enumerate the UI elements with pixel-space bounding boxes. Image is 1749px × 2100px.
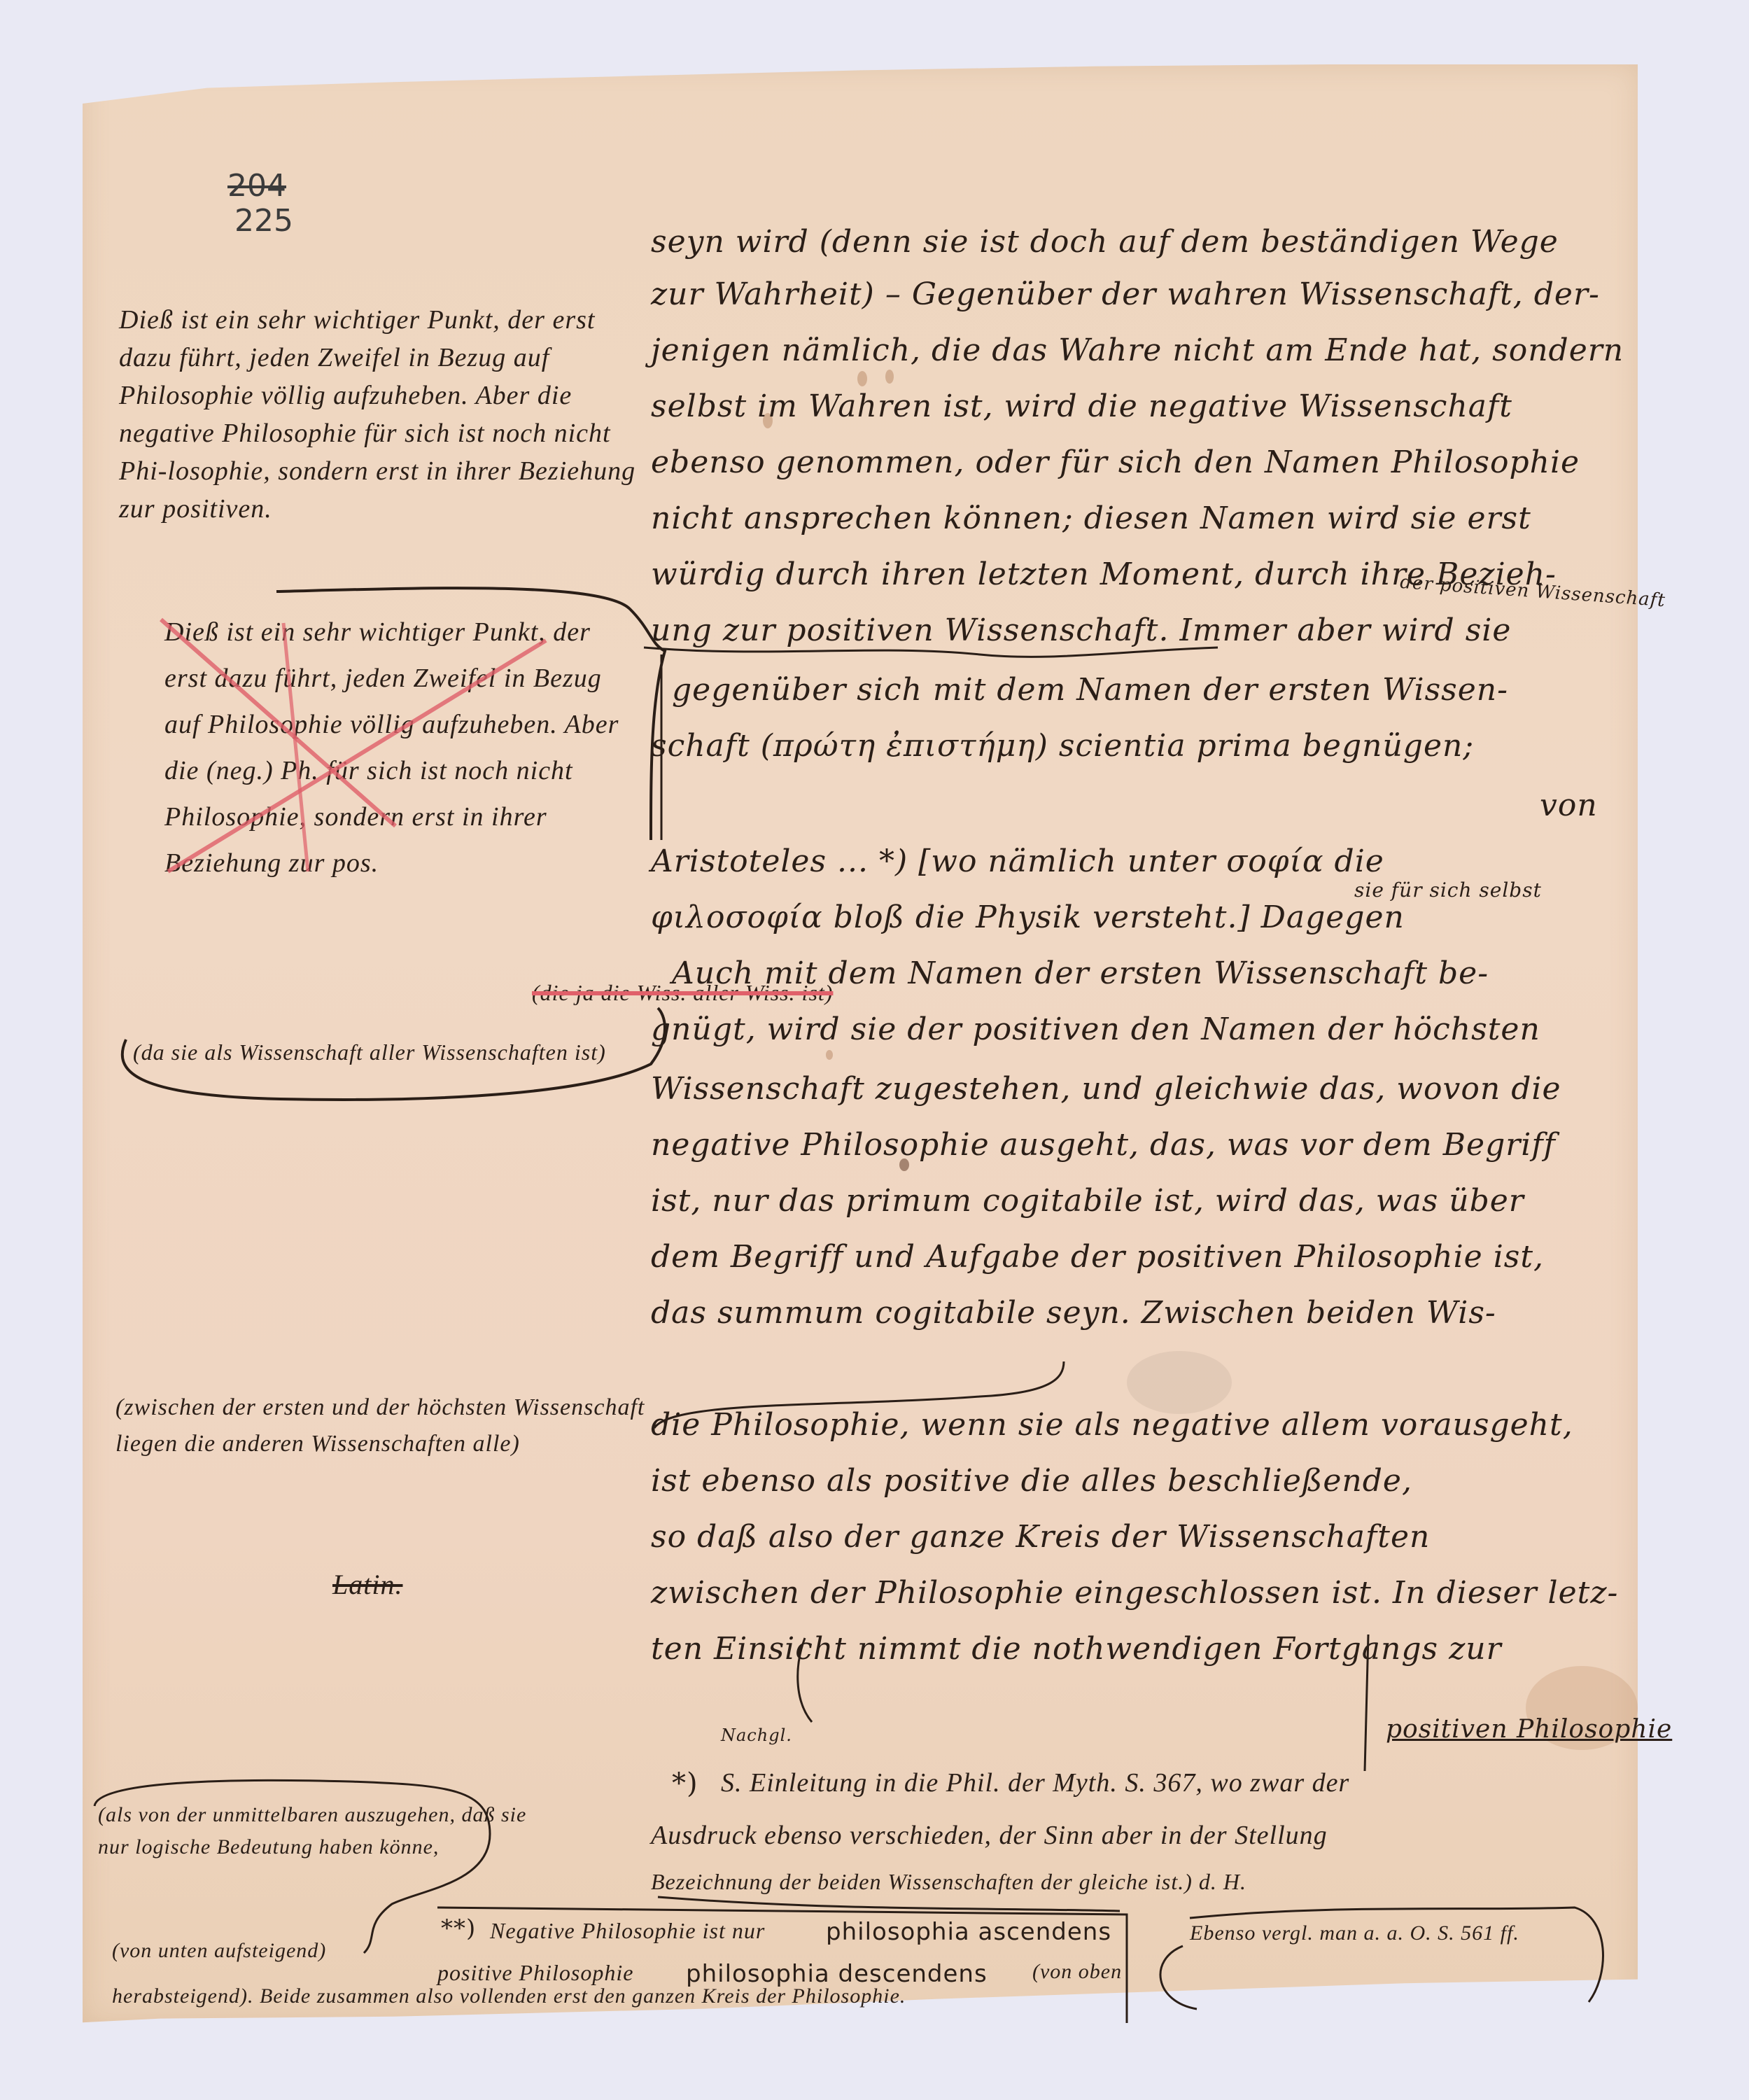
footnote-2-prefix-1: Negative Philosophie ist nur bbox=[490, 1918, 765, 1944]
main-line-25: ten Einsicht nimmt die nothwendigen Fort… bbox=[651, 1631, 1502, 1667]
stain bbox=[885, 370, 894, 384]
margin-note-logische: (als von der unmittelbaren auszugehen, d… bbox=[98, 1799, 532, 1863]
footnote-1-line-2: Ausdruck ebenso verschieden, der Sinn ab… bbox=[651, 1820, 1328, 1851]
main-line-3: jenigen nämlich, die das Wahre nicht am … bbox=[651, 332, 1624, 368]
main-line-8: ung zur positiven Wissenschaft. Immer ab… bbox=[651, 612, 1511, 648]
margin-note-latin: Latin. bbox=[332, 1568, 402, 1601]
main-line-19: dem Begriff und Aufgabe der positiven Ph… bbox=[651, 1239, 1544, 1275]
main-line-24: zwischen der Philosophie eingeschlossen … bbox=[651, 1575, 1618, 1611]
main-line-1: seyn wird (denn sie ist doch auf dem bes… bbox=[651, 224, 1559, 260]
main-line-11: von bbox=[1540, 787, 1598, 823]
main-line-21: die Philosophie, wenn sie als negative a… bbox=[651, 1407, 1573, 1443]
main-line-16: Wissenschaft zugestehen, und gleichwie d… bbox=[651, 1071, 1561, 1107]
margin-note-aufsteigend: (von unten aufsteigend) bbox=[112, 1939, 326, 1963]
main-line-15: gnügt, wird sie der positiven den Namen … bbox=[651, 1011, 1540, 1047]
main-line-20: das summum cogitabile seyn. Zwischen bei… bbox=[651, 1295, 1496, 1331]
stain bbox=[1127, 1351, 1232, 1414]
footnote-superscript: Nachgl. bbox=[721, 1725, 792, 1745]
interlinear-sie-fuer-sich: sie für sich selbst bbox=[1354, 878, 1542, 902]
footnote-1-line-3: Bezeichnung der beiden Wissenschaften de… bbox=[651, 1869, 1246, 1895]
margin-note-top: Dieß ist ein sehr wichtiger Punkt, der e… bbox=[119, 301, 637, 528]
main-line-10: schaft (πρώτη ἐπιστήμη) scientia prima b… bbox=[651, 728, 1474, 764]
footnote-2-latin-1: philosophia ascendens bbox=[826, 1918, 1111, 1946]
folio-number: 225 bbox=[234, 203, 293, 239]
main-line-2: zur Wahrheit) – Gegenüber der wahren Wis… bbox=[651, 276, 1600, 312]
main-line-5: ebenso genommen, oder für sich den Namen… bbox=[651, 444, 1580, 480]
footnote-2-prefix-2: positive Philosophie bbox=[437, 1960, 633, 1986]
main-line-23: so daß also der ganze Kreis der Wissensc… bbox=[651, 1519, 1430, 1555]
main-line-6: nicht ansprechen können; diesen Namen wi… bbox=[651, 500, 1531, 536]
margin-note-zwischen: (zwischen der ersten und der höchsten Wi… bbox=[115, 1389, 647, 1462]
margin-note-crossed: Dieß ist ein sehr wichtiger Punkt, der e… bbox=[164, 609, 619, 886]
footnote-addendum: Ebenso vergl. man a. a. O. S. 561 ff. bbox=[1190, 1921, 1519, 1945]
stain bbox=[857, 371, 867, 386]
footnote-2-suffix: (von oben bbox=[1032, 1960, 1122, 1984]
stain bbox=[826, 1050, 833, 1060]
main-line-9: gegenüber sich mit dem Namen der ersten … bbox=[672, 672, 1508, 708]
main-line-4: selbst im Wahren ist, wird die negative … bbox=[651, 388, 1512, 424]
margin-note-wissenschaft: (da sie als Wissenschaft aller Wissensch… bbox=[133, 1039, 606, 1065]
footnote-1-line-1: S. Einleitung in die Phil. der Myth. S. … bbox=[721, 1767, 1349, 1798]
main-line-26: positiven Philosophie bbox=[1386, 1715, 1672, 1744]
main-line-22: ist ebenso als positive die alles beschl… bbox=[651, 1463, 1412, 1499]
folio-number-old: 204 bbox=[227, 168, 286, 204]
main-line-18: ist, nur das primum cogitabile ist, wird… bbox=[651, 1183, 1524, 1219]
footnote-marker-1: *) bbox=[672, 1767, 698, 1800]
main-line-13: φιλοσοφία bloß die Physik versteht.] Dag… bbox=[651, 899, 1405, 935]
main-line-17: negative Philosophie ausgeht, das, was v… bbox=[651, 1127, 1556, 1163]
footnote-2-latin-2: philosophia descendens bbox=[686, 1960, 988, 1988]
footnote-marker-2: **) bbox=[441, 1914, 476, 1942]
margin-note-red-strike: (die ja die Wiss. aller Wiss. ist) bbox=[532, 980, 833, 1006]
main-line-12: Aristoteles ... *) [wo nämlich unter σοφ… bbox=[651, 843, 1384, 879]
margin-note-herabsteigend: herabsteigend). Beide zusammen also voll… bbox=[112, 1984, 906, 2008]
